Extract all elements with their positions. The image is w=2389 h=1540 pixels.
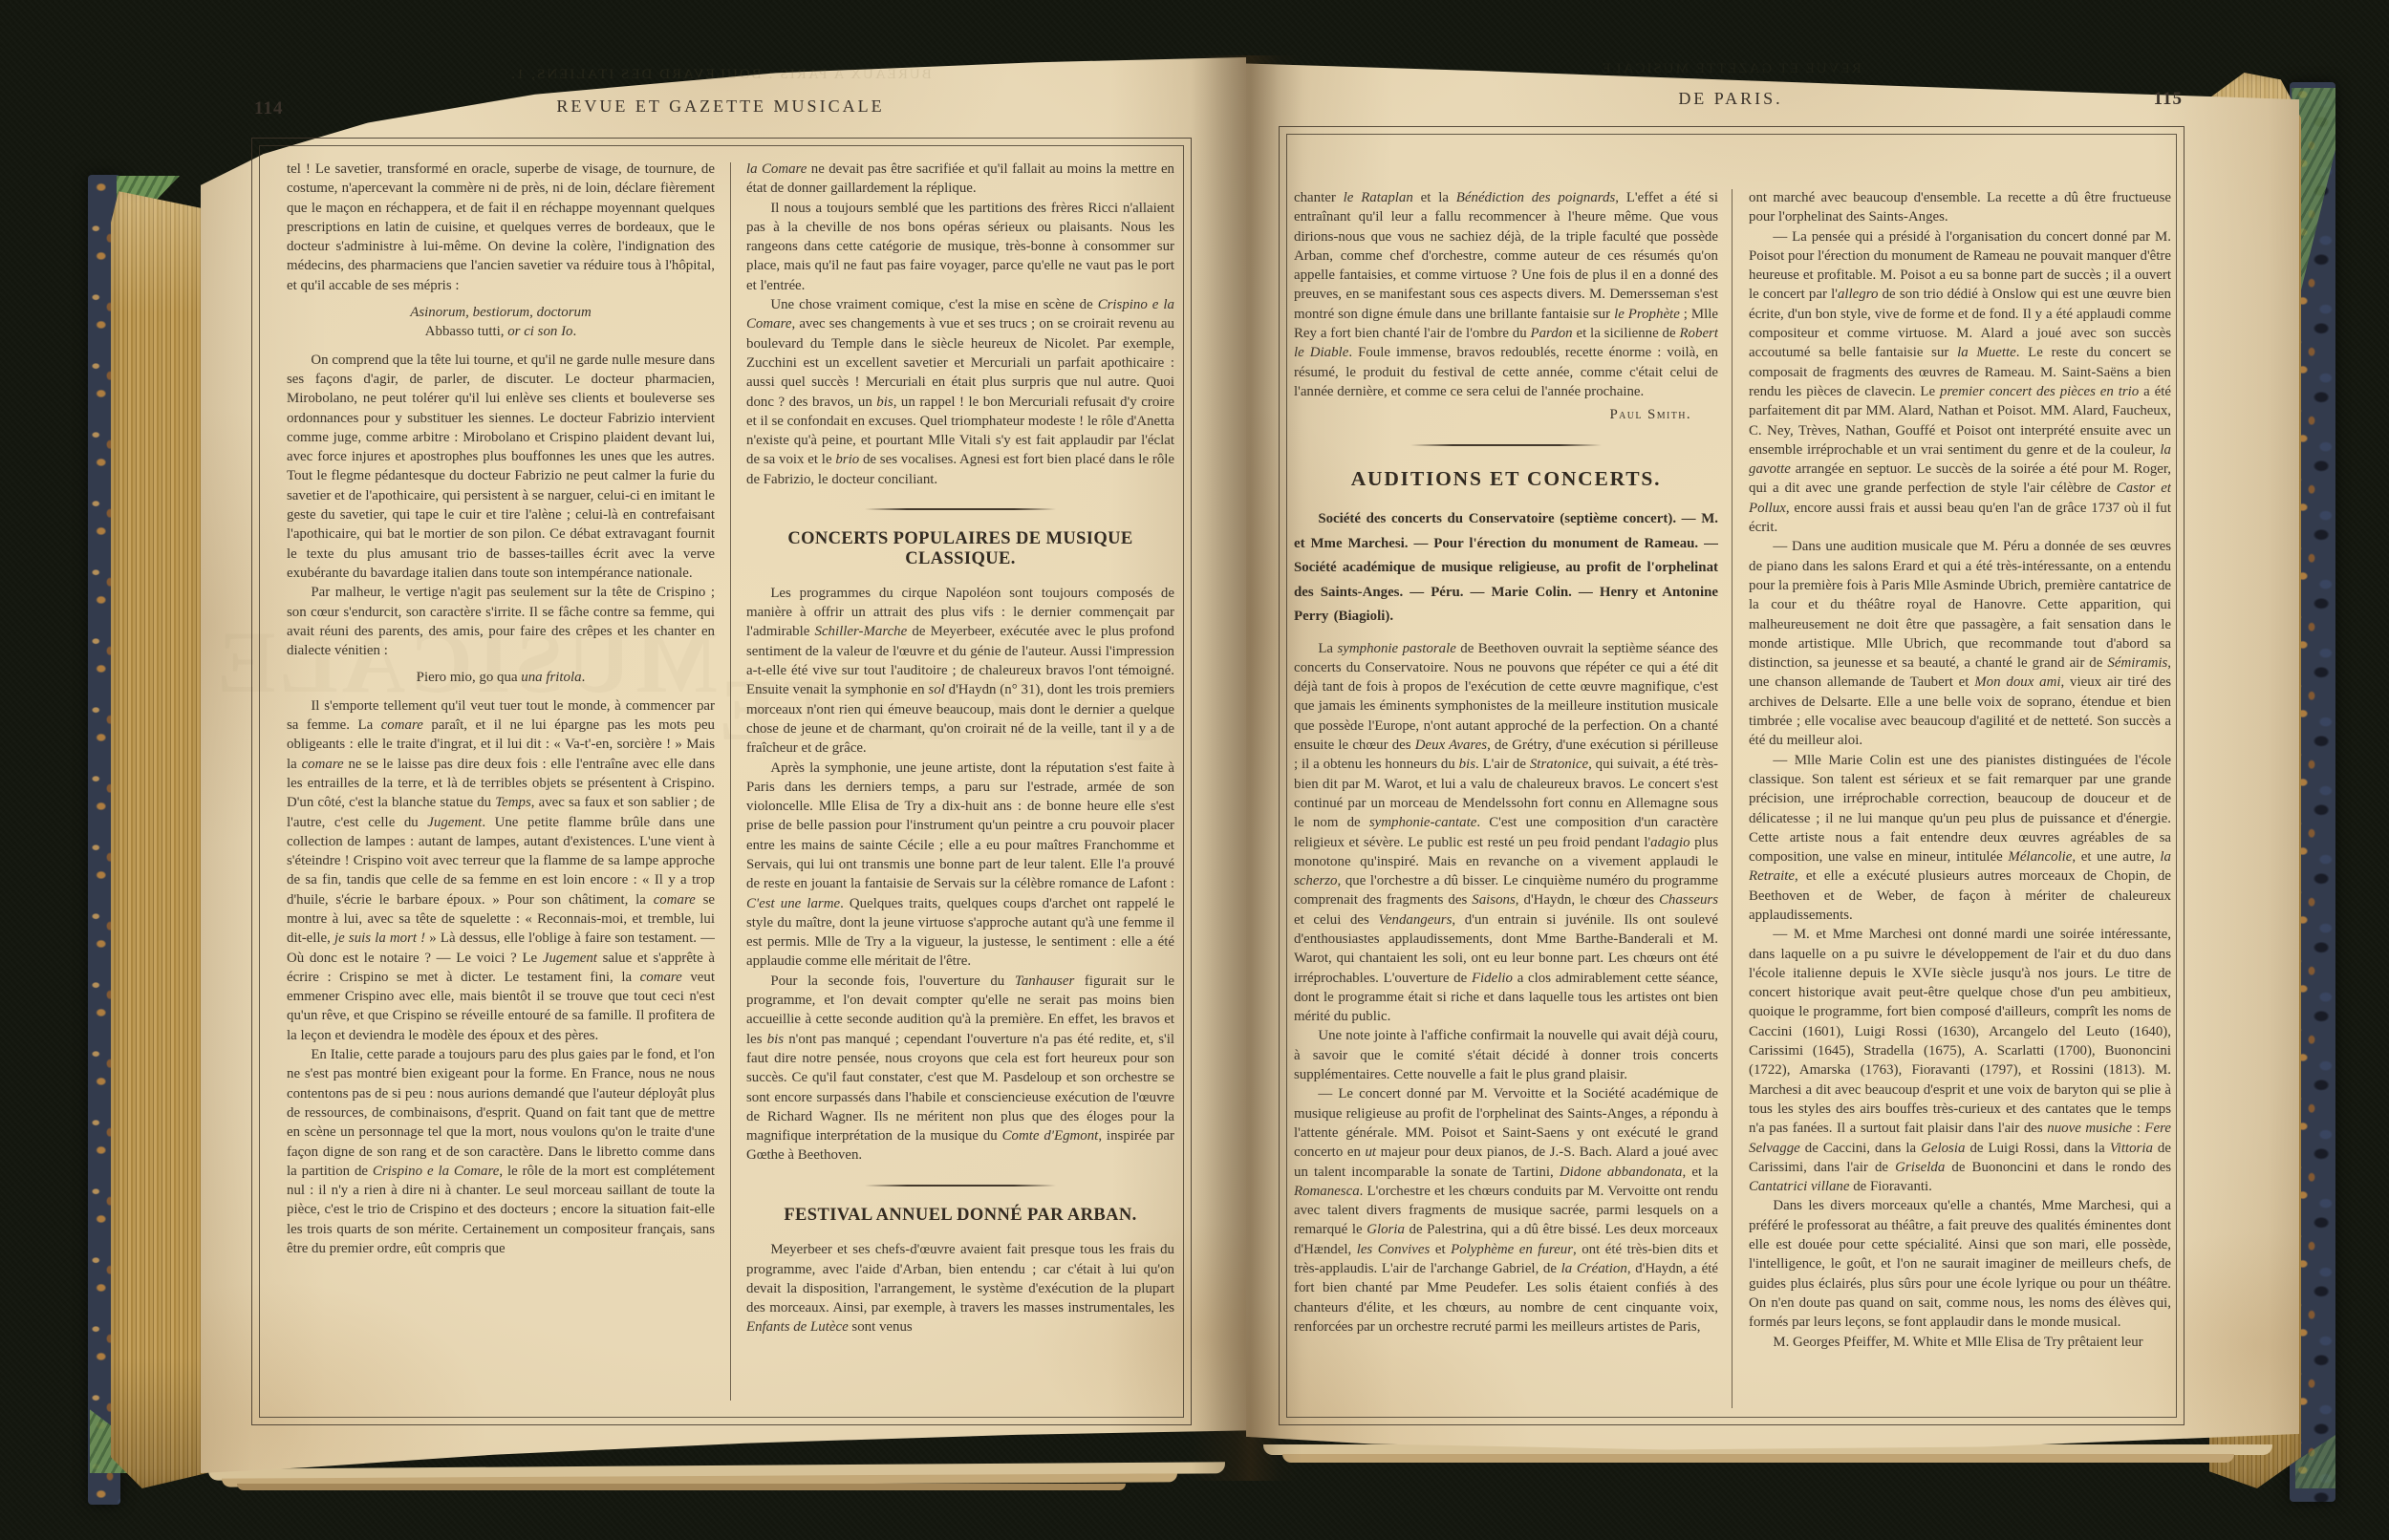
paragraph: tel ! Le savetier, transformé en oracle,…: [287, 160, 715, 295]
section-divider: [1410, 444, 1602, 446]
paragraph: ont marché avec beaucoup d'ensemble. La …: [1749, 188, 2171, 227]
paragraph: Il s'emporte tellement qu'il veut tuer t…: [287, 696, 715, 1045]
page-stack-edge: [1282, 1454, 2234, 1463]
paragraph: — Mlle Marie Colin est une des pianistes…: [1749, 751, 2171, 926]
paragraph: La symphonie pastorale de Beethoven ouvr…: [1294, 639, 1718, 1027]
paragraph: — Dans une audition musicale que M. Péru…: [1749, 537, 2171, 750]
paragraph: On comprend que la tête lui tourne, et q…: [287, 351, 715, 584]
section-heading: AUDITIONS ET CONCERTS.: [1294, 469, 1718, 488]
paragraph: Meyerbeer et ses chefs-d'œuvre avaient f…: [746, 1240, 1174, 1337]
verse-quotation: Asinorum, bestiorum, doctorumAbbasso tut…: [287, 303, 715, 342]
section-heading: CONCERTS POPULAIRES DE MUSIQUE CLASSIQUE…: [750, 529, 1171, 568]
running-head-left: REVUE ET GAZETTE MUSICALE: [251, 97, 1190, 115]
paragraph: Une note jointe à l'affiche confirmait l…: [1294, 1026, 1718, 1084]
text-column-right-2: ont marché avec beaucoup d'ensemble. La …: [1749, 188, 2171, 1407]
page-stack-edge: [237, 1484, 1126, 1490]
paragraph: la Comare ne devait pas être sacrifiée e…: [746, 160, 1174, 199]
column-rule-left: [730, 162, 731, 1401]
column-rule-right: [1732, 189, 1733, 1408]
article-lead-summary: Société des concerts du Conservatoire (s…: [1294, 507, 1718, 630]
paragraph: chanter le Rataplan et la Bénédiction de…: [1294, 188, 1718, 401]
paragraph: M. Georges Pfeiffer, M. White et Mlle El…: [1749, 1333, 2171, 1352]
paragraph: En Italie, cette parade a toujours paru …: [287, 1045, 715, 1258]
running-head-right: DE PARIS.: [1279, 90, 2183, 107]
paragraph: Une chose vraiment comique, c'est la mis…: [746, 295, 1174, 489]
text-column-right-1: chanter le Rataplan et la Bénédiction de…: [1294, 188, 1718, 1407]
paragraph: Dans les divers morceaux qu'elle a chant…: [1749, 1196, 2171, 1332]
paragraph: — La pensée qui a présidé à l'organisati…: [1749, 227, 2171, 538]
paragraph: Il nous a toujours semblé que les partit…: [746, 199, 1174, 295]
author-signature: Paul Smith.: [1294, 405, 1691, 424]
paragraph: Pour la seconde fois, l'ouverture du Tan…: [746, 972, 1174, 1166]
paragraph: Les programmes du cirque Napoléon sont t…: [746, 584, 1174, 759]
paragraph: Par malheur, le vertige n'agit pas seule…: [287, 583, 715, 660]
page-fore-edge-left: [111, 183, 208, 1488]
paragraph: — Le concert donné par M. Vervoitte et l…: [1294, 1084, 1718, 1337]
section-heading: FESTIVAL ANNUEL DONNÉ PAR ARBAN.: [750, 1206, 1171, 1225]
text-column-left-1: tel ! Le savetier, transformé en oracle,…: [287, 160, 715, 1401]
text-column-left-2: la Comare ne devait pas être sacrifiée e…: [746, 160, 1174, 1401]
section-divider: [865, 1185, 1056, 1187]
page-number-right: 115: [2118, 90, 2183, 108]
verse-quotation: Piero mio, go qua una fritola.: [287, 668, 715, 687]
paragraph: — M. et Mme Marchesi ont donné mardi une…: [1749, 925, 2171, 1196]
paragraph: Après la symphonie, une jeune artiste, d…: [746, 759, 1174, 972]
section-divider: [865, 508, 1056, 510]
